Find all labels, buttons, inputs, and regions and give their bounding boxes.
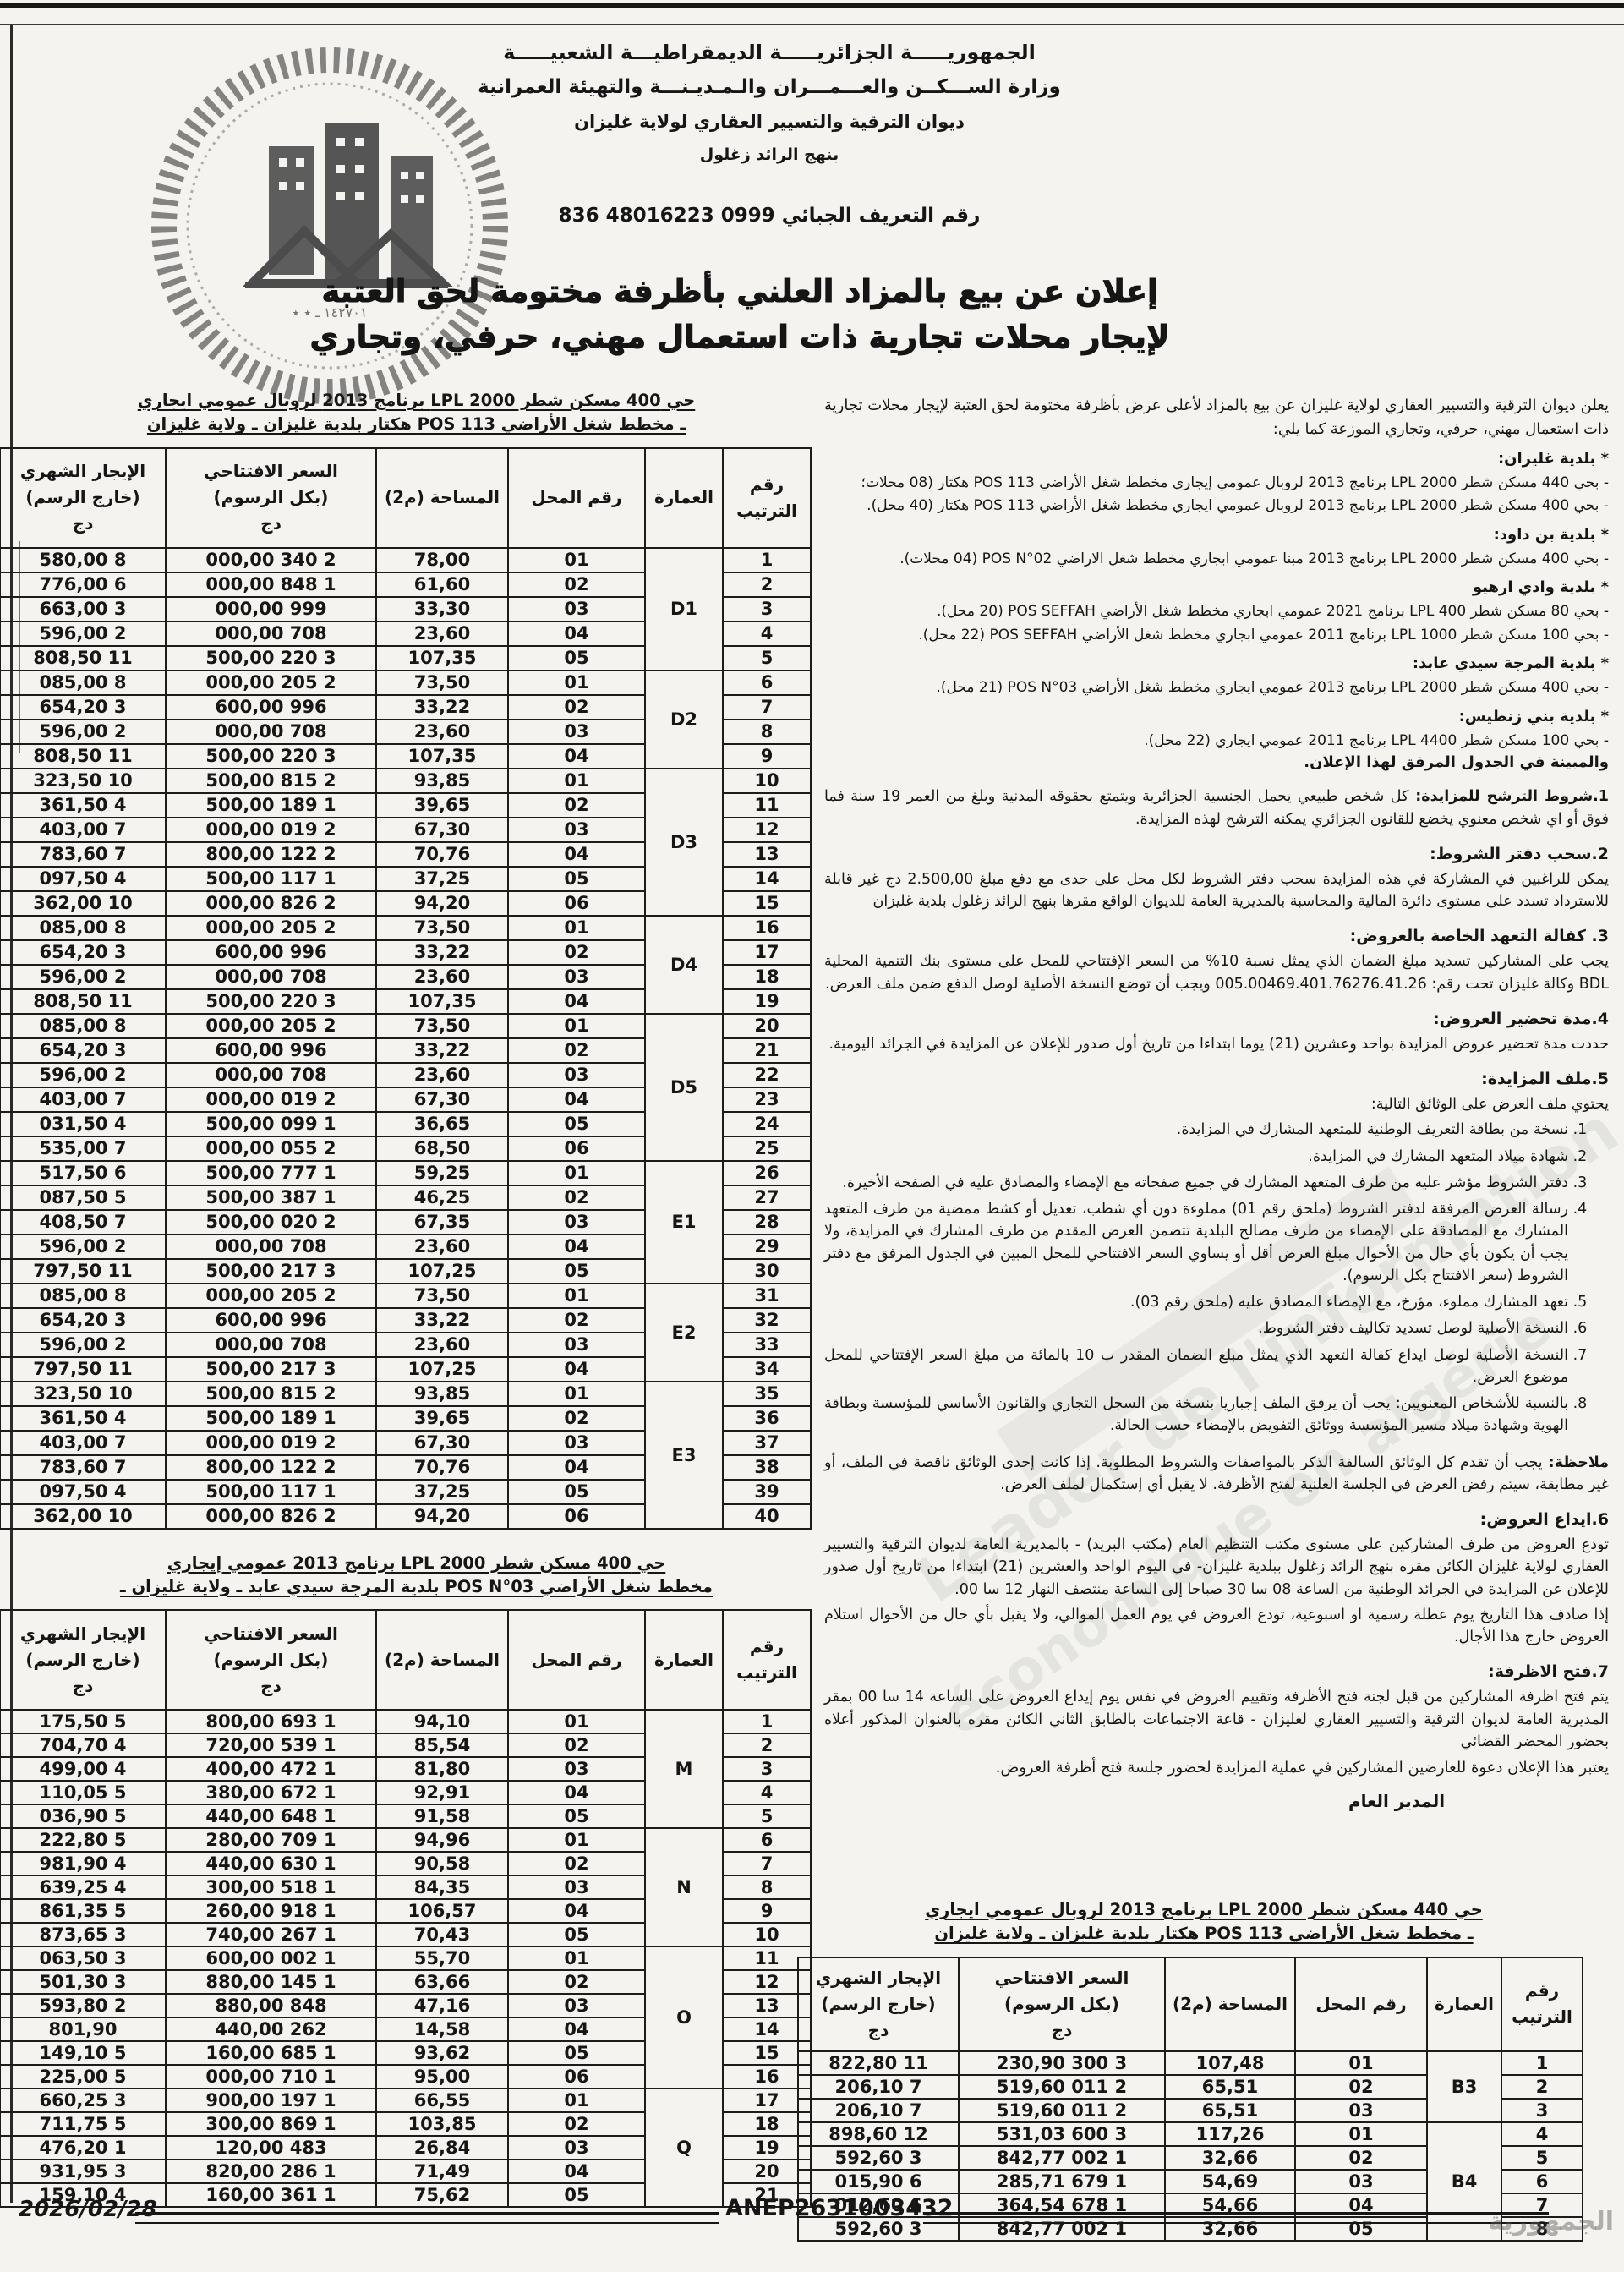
cell-order: 11 [723, 793, 811, 818]
cell-order: 9 [723, 1899, 811, 1923]
cell-shop: 04 [508, 842, 645, 867]
cell-order: 30 [723, 1259, 811, 1284]
table-row: 6D20173,502 205 000,008 085,00 [0, 671, 811, 695]
cell-price: 3 220 500,00 [166, 646, 376, 671]
cell-price: 708 000,00 [166, 1333, 376, 1357]
cell-area: 14,58 [376, 2017, 508, 2041]
footer: 2026/02/28 ANEP2631003432 الجمهورية [0, 2195, 1624, 2246]
col-header-order: رقمالترتيب [723, 1610, 811, 1710]
cell-area: 33,22 [376, 695, 508, 720]
cell-rent: 11 808,50 [0, 989, 166, 1014]
cell-order: 32 [723, 1308, 811, 1333]
table2-heading-line2: مخطط شغل الأراضي POS N°03 بلدية المرجة س… [21, 1575, 812, 1599]
col-header-area: المساحة (م2) [1165, 1957, 1295, 2051]
cell-price: 1 145 880,00 [166, 1970, 376, 1994]
cell-shop: 03 [508, 1994, 645, 2017]
cell-price: 1 693 800,00 [166, 1710, 376, 1733]
section-title: ملاحظة: [1543, 1454, 1609, 1471]
cell-shop: 03 [508, 1431, 645, 1455]
cell-price: 3 220 500,00 [166, 989, 376, 1014]
table-row: 11O0155,701 002 600,003 063,50 [0, 1946, 811, 1970]
footer-rule-right [923, 2212, 1549, 2224]
cell-shop: 03 [1295, 2099, 1427, 2122]
anep-number: ANEP2631003432 [725, 2195, 954, 2221]
cell-order: 16 [723, 916, 811, 940]
cell-area: 66,55 [376, 2089, 508, 2112]
cell-shop: 01 [508, 1828, 645, 1852]
cell-rent: 3 660,25 [0, 2089, 166, 2112]
cell-rent: 2 596,00 [0, 621, 166, 646]
table-header-row: رقمالترتيبالعمارةرقم المحلالمساحة (م2)ال… [798, 1957, 1583, 2051]
col-header-rent: الإيجار الشهري(خارج الرسم)دج [0, 1610, 166, 1710]
section-title: 6.ايداع العروض: [824, 1510, 1609, 1529]
cell-price: 996 600,00 [166, 1308, 376, 1333]
announcement-intro: يعلن ديوان الترقية والتسيير العقاري لولا… [824, 394, 1609, 441]
announcement-title: إعلان عن بيع بالمزاد العلني بأظرفة مختوم… [211, 269, 1268, 359]
municipality-name: * بلدية المرجة سيدي عابد: [824, 654, 1609, 672]
cell-building: D2 [645, 671, 723, 769]
cell-order: 26 [723, 1161, 811, 1185]
gov-header-line: بنهج الرائد زغلول [304, 145, 1234, 164]
cell-price: 2 122 800,00 [166, 1455, 376, 1480]
cell-price: 1 002 600,00 [166, 1946, 376, 1970]
document-item: دفتر الشروط مؤشر عليه من طرف المتعهد الم… [824, 1172, 1568, 1194]
cell-area: 23,60 [376, 720, 508, 744]
section: 1.شروط الترشح للمزايدة: كل شخص طبيعي يحم… [824, 786, 1609, 830]
cell-order: 24 [723, 1112, 811, 1136]
cell-order: 14 [723, 867, 811, 891]
cell-shop: 03 [508, 2136, 645, 2160]
cell-order: 3 [723, 1757, 811, 1781]
section: 5.ملف المزايدة:يحتوي ملف العرض على الوثا… [824, 1070, 1609, 1437]
cell-area: 107,35 [376, 646, 508, 671]
cell-price: 999 000,00 [166, 597, 376, 621]
municipality-item: - بحي 400 مسكن شطر LPL 2000 برنامج 2013 … [824, 549, 1609, 571]
col-header-order: رقمالترتيب [723, 448, 811, 548]
cell-rent: 3 654,20 [0, 940, 166, 965]
cell-shop: 02 [508, 2112, 645, 2136]
cell-shop: 04 [508, 1087, 645, 1112]
cell-price: 3 220 500,00 [166, 744, 376, 769]
cell-rent: 3 654,20 [0, 695, 166, 720]
cell-area: 23,60 [376, 1235, 508, 1259]
cell-shop: 01 [508, 769, 645, 793]
cell-price: 2 011 519,60 [959, 2099, 1165, 2122]
cell-rent: 7 403,00 [0, 1431, 166, 1455]
cell-rent: 3 501,30 [0, 1970, 166, 1994]
cell-area: 94,20 [376, 891, 508, 916]
cell-area: 73,50 [376, 1284, 508, 1308]
col-header-price: السعر الافتتاحي(بكل الرسوم)دج [959, 1957, 1165, 2051]
cell-order: 31 [723, 1284, 811, 1308]
table-header-row: رقمالترتيبالعمارةرقم المحلالمساحة (م2)ال… [0, 448, 811, 548]
table-row: 6N0194,961 709 280,005 222,80 [0, 1828, 811, 1852]
cell-rent: 5 149,10 [0, 2041, 166, 2065]
table3-block: حي 440 مسكن شطر LPL 2000 برنامج 2013 لرو… [824, 1898, 1583, 2242]
cell-price: 3 300 230,90 [959, 2051, 1165, 2075]
cell-price: 2 055 000,00 [166, 1136, 376, 1161]
cell-shop: 02 [508, 1038, 645, 1063]
cell-shop: 05 [508, 1480, 645, 1504]
cell-rent: 11 822,80 [798, 2051, 959, 2075]
col-header-building: العمارة [1427, 1957, 1501, 2051]
cell-rent: 8 085,00 [0, 1284, 166, 1308]
col-header-price: السعر الافتتاحي(بكل الرسوم)دج [166, 1610, 376, 1710]
cell-price: 2 019 000,00 [166, 818, 376, 842]
cell-area: 59,25 [376, 1161, 508, 1185]
cell-rent: 8 085,00 [0, 671, 166, 695]
cell-order: 20 [723, 1014, 811, 1038]
col-header-building: العمارة [645, 1610, 723, 1710]
cell-shop: 04 [508, 2160, 645, 2183]
cell-rent: 5 711,75 [0, 2112, 166, 2136]
cell-price: 1 099 500,00 [166, 1112, 376, 1136]
director-signature: المدير العام [824, 1791, 1609, 1811]
cell-order: 3 [1501, 2099, 1583, 2122]
municipality-item: - بحي 80 مسكن شطر LPL 400 برنامج 2021 عم… [824, 601, 1609, 623]
cell-shop: 01 [508, 671, 645, 695]
cell-area: 39,65 [376, 1406, 508, 1431]
cell-rent: 7 403,00 [0, 818, 166, 842]
cell-price: 2 019 000,00 [166, 1087, 376, 1112]
cell-area: 68,50 [376, 1136, 508, 1161]
cell-order: 19 [723, 989, 811, 1014]
cell-rent: 2 596,00 [0, 1063, 166, 1087]
cell-shop: 04 [508, 1899, 645, 1923]
cell-rent: 6 517,50 [0, 1161, 166, 1185]
cell-area: 92,91 [376, 1781, 508, 1804]
section-title: 3. كفالة التعهد الخاصة بالعروض: [824, 927, 1609, 945]
section-paragraph: تودع العروض من طرف المشاركين على مستوى م… [824, 1534, 1609, 1601]
scanned-auction-announcement: ١٤٢٧٠١ ـ ٭ ٭ الجمهوريـــــة الجزائريــــ… [0, 0, 1624, 2272]
section-title: 2.سحب دفتر الشروط: [824, 845, 1609, 863]
col-header-shop: رقم المحل [508, 1610, 645, 1710]
cell-price: 2 826 000,00 [166, 891, 376, 916]
cell-price: 1 387 500,00 [166, 1185, 376, 1210]
col-header-area: المساحة (م2) [376, 1610, 508, 1710]
cell-building: E1 [645, 1161, 723, 1284]
cell-shop: 01 [508, 2089, 645, 2112]
section-intro: يحتوي ملف العرض على الوثائق التالية: [824, 1093, 1609, 1115]
cell-shop: 01 [508, 916, 645, 940]
cell-price: 1 189 500,00 [166, 793, 376, 818]
cell-price: 3 217 500,00 [166, 1259, 376, 1284]
cell-price: 1 918 260,00 [166, 1899, 376, 1923]
cell-area: 94,10 [376, 1710, 508, 1733]
municipality-name: * بلدية وادي ارهيو [824, 578, 1609, 596]
cell-rent: 4 361,50 [0, 1406, 166, 1431]
cell-area: 93,85 [376, 1382, 508, 1406]
cell-order: 1 [723, 548, 811, 572]
cell-shop: 03 [508, 720, 645, 744]
cell-area: 81,80 [376, 1757, 508, 1781]
cell-order: 6 [723, 1828, 811, 1852]
table3-heading-line1: حي 440 مسكن شطر LPL 2000 برنامج 2013 لرو… [824, 1898, 1583, 1922]
cell-area: 33,22 [376, 1038, 508, 1063]
cell-price: 708 000,00 [166, 720, 376, 744]
col-header-price: السعر الافتتاحي(بكل الرسوم)دج [166, 448, 376, 548]
cell-price: 2 019 000,00 [166, 1431, 376, 1455]
cell-price: 848 880,00 [166, 1994, 376, 2017]
cell-shop: 01 [508, 548, 645, 572]
cell-price: 1 685 160,00 [166, 2041, 376, 2065]
table-row: 1D10178,002 340 000,008 580,00 [0, 548, 811, 572]
table3-heading: حي 440 مسكن شطر LPL 2000 برنامج 2013 لرو… [824, 1898, 1583, 1946]
table2-heading: حي 400 مسكن شطر LPL 2000 برنامج 2013 عمو… [21, 1552, 812, 1600]
cell-rent: 4 639,25 [0, 1875, 166, 1899]
municipality-item: - بحي 440 مسكن شطر LPL 2000 برنامج 2013 … [824, 473, 1609, 495]
cell-order: 2 [723, 572, 811, 597]
cell-price: 708 000,00 [166, 1235, 376, 1259]
cell-price: 1 518 300,00 [166, 1875, 376, 1899]
cell-shop: 06 [508, 1504, 645, 1529]
section-paragraph: يجب على المشاركين تسديد مبلغ الضمان الذي… [824, 950, 1609, 995]
cell-shop: 01 [1295, 2051, 1427, 2075]
cell-building: D1 [645, 548, 723, 671]
auction-table-pos113-400: رقمالترتيبالعمارةرقم المحلالمساحة (م2)ال… [0, 447, 812, 1530]
cell-order: 35 [723, 1382, 811, 1406]
cell-rent: 12 898,60 [798, 2122, 959, 2146]
cell-rent: 2 596,00 [0, 1333, 166, 1357]
cell-area: 47,16 [376, 1994, 508, 2017]
cell-order: 1 [723, 1710, 811, 1733]
cell-rent: 5 225,00 [0, 2065, 166, 2089]
cell-area: 107,35 [376, 989, 508, 1014]
section: 6.ايداع العروض:تودع العروض من طرف المشار… [824, 1510, 1609, 1648]
municipality-name: * بلدية غليزان: [824, 450, 1609, 468]
cell-rent: 8 085,00 [0, 1014, 166, 1038]
cell-price: 1 189 500,00 [166, 1406, 376, 1431]
cell-order: 39 [723, 1480, 811, 1504]
cell-area: 107,25 [376, 1357, 508, 1382]
cell-area: 23,60 [376, 1063, 508, 1087]
cell-area: 33,22 [376, 1308, 508, 1333]
col-header-shop: رقم المحل [1295, 1957, 1427, 2051]
cell-area: 117,26 [1165, 2122, 1295, 2146]
cell-price: 1 777 500,00 [166, 1161, 376, 1185]
cell-area: 71,49 [376, 2160, 508, 2183]
cell-rent: 7 403,00 [0, 1087, 166, 1112]
cell-order: 5 [723, 646, 811, 671]
cell-price: 3 217 500,00 [166, 1357, 376, 1382]
cell-rent: 7 206,10 [798, 2075, 959, 2099]
cell-area: 78,00 [376, 548, 508, 572]
cell-shop: 04 [508, 744, 645, 769]
cell-shop: 01 [508, 1946, 645, 1970]
announcement-body: يعلن ديوان الترقية والتسيير العقاري لولا… [824, 394, 1609, 1811]
cell-price: 1 679 285,71 [959, 2170, 1165, 2193]
cell-area: 67,30 [376, 1431, 508, 1455]
cell-price: 1 472 400,00 [166, 1757, 376, 1781]
cell-area: 65,51 [1165, 2099, 1295, 2122]
cell-rent: 4 981,90 [0, 1852, 166, 1875]
cell-order: 40 [723, 1504, 811, 1529]
cell-shop: 03 [1295, 2170, 1427, 2193]
municipality-name: * بلدية بن داود: [824, 526, 1609, 544]
invitation-line: يعتبر هذا الإعلان دعوة للعارضين المشاركي… [824, 1756, 1609, 1779]
cell-price: 1 286 820,00 [166, 2160, 376, 2183]
cell-rent: 3 063,50 [0, 1946, 166, 1970]
cell-area: 32,66 [1165, 2146, 1295, 2170]
table-header-row: رقمالترتيبالعمارةرقم المحلالمساحة (م2)ال… [0, 1610, 811, 1710]
cell-price: 708 000,00 [166, 621, 376, 646]
table2-heading-line1: حي 400 مسكن شطر LPL 2000 برنامج 2013 عمو… [21, 1552, 812, 1575]
cell-shop: 04 [508, 989, 645, 1014]
cell-rent: 2 593,80 [0, 1994, 166, 2017]
top-border-line-thin [0, 24, 1624, 25]
cell-rent: 3 931,95 [0, 2160, 166, 2183]
cell-shop: 02 [508, 1406, 645, 1431]
table-row: 1B301107,483 300 230,9011 822,80 [798, 2051, 1583, 2075]
cell-shop: 05 [508, 1112, 645, 1136]
cell-area: 95,00 [376, 2065, 508, 2089]
cell-area: 91,58 [376, 1804, 508, 1828]
cell-order: 18 [723, 965, 811, 989]
section-paragraph: يمكن للراغبين في المشاركة في هذه المزايد… [824, 868, 1609, 913]
cell-shop: 04 [508, 1781, 645, 1804]
cell-rent: 7 783,60 [0, 842, 166, 867]
table1-heading: حي 400 مسكن شطر LPL 2000 برنامج 2013 لرو… [21, 389, 812, 437]
municipality-item: - بحي 100 مسكن شطر LPL 4400 برنامج 2011 … [824, 731, 1609, 753]
cell-shop: 05 [508, 1259, 645, 1284]
cell-rent: 7 783,60 [0, 1455, 166, 1480]
cell-area: 23,60 [376, 621, 508, 646]
table3-heading-line2: ـ مخطط شغل الأراضي POS 113 هكتار بلدية غ… [824, 1922, 1583, 1946]
cell-rent: 5 222,80 [0, 1828, 166, 1852]
cell-shop: 03 [508, 818, 645, 842]
cell-order: 37 [723, 1431, 811, 1455]
cell-order: 10 [723, 769, 811, 793]
cell-shop: 05 [508, 1804, 645, 1828]
cell-shop: 05 [508, 646, 645, 671]
table1-heading-line1: حي 400 مسكن شطر LPL 2000 برنامج 2013 لرو… [21, 389, 812, 413]
cell-building: E2 [645, 1284, 723, 1382]
cell-rent: 801,90 [0, 2017, 166, 2041]
document-item: رسالة العرض المرفقة لدفتر الشروط (ملحق ر… [824, 1198, 1568, 1287]
cell-area: 67,35 [376, 1210, 508, 1235]
cell-shop: 02 [508, 793, 645, 818]
table-row: 4B401117,263 600 531,0312 898,60 [798, 2122, 1583, 2146]
section-title: 4.مدة تحضير العروض: [824, 1010, 1609, 1028]
cell-area: 65,51 [1165, 2075, 1295, 2099]
cell-area: 46,25 [376, 1185, 508, 1210]
cell-rent: 7 535,00 [0, 1136, 166, 1161]
cell-rent: 7 408,50 [0, 1210, 166, 1235]
cell-rent: 3 654,20 [0, 1308, 166, 1333]
cell-price: 2 815 500,00 [166, 1382, 376, 1406]
cell-shop: 02 [508, 695, 645, 720]
newspaper-masthead: الجمهورية [1488, 2207, 1614, 2236]
cell-shop: 03 [508, 1757, 645, 1781]
cell-area: 36,65 [376, 1112, 508, 1136]
section: 4.مدة تحضير العروض:حددت مدة تحضير عروض ا… [824, 1010, 1609, 1055]
gov-header-line: وزارة الســـكــن والعـــمـــران والـمـدي… [304, 76, 1234, 98]
cell-price: 996 600,00 [166, 940, 376, 965]
col-header-shop: رقم المحل [508, 448, 645, 548]
cell-area: 61,60 [376, 572, 508, 597]
cell-order: 23 [723, 1087, 811, 1112]
cell-area: 90,58 [376, 1852, 508, 1875]
table-row: 1M0194,101 693 800,005 175,50 [0, 1710, 811, 1733]
cell-building: E3 [645, 1382, 723, 1529]
cell-price: 2 020 500,00 [166, 1210, 376, 1235]
cell-order: 8 [723, 1875, 811, 1899]
section-title: 7.فتح الاظرفة: [824, 1662, 1609, 1681]
cell-area: 23,60 [376, 965, 508, 989]
cell-price: 1 267 740,00 [166, 1923, 376, 1946]
cell-area: 37,25 [376, 867, 508, 891]
cell-area: 37,25 [376, 1480, 508, 1504]
cell-building: B3 [1427, 2051, 1501, 2122]
cell-area: 33,22 [376, 940, 508, 965]
municipality-list: * بلدية غليزان:- بحي 440 مسكن شطر LPL 20… [824, 450, 1609, 753]
cell-area: 94,20 [376, 1504, 508, 1529]
section-paragraph: يتم فتح اظرفة المشاركين من قبل لجنة فتح … [824, 1686, 1609, 1753]
cell-price: 2 815 500,00 [166, 769, 376, 793]
table1-heading-line2: ـ مخطط شغل الأراضي POS 113 هكتار بلدية غ… [21, 413, 812, 436]
cell-shop: 02 [508, 1970, 645, 1994]
cell-area: 106,57 [376, 1899, 508, 1923]
col-header-area: المساحة (م2) [376, 448, 508, 548]
cell-price: 996 600,00 [166, 695, 376, 720]
cell-rent: 5 110,05 [0, 1781, 166, 1804]
cell-order: 22 [723, 1063, 811, 1087]
cell-price: 1 709 280,00 [166, 1828, 376, 1852]
table-row: 16D40173,502 205 000,008 085,00 [0, 916, 811, 940]
cell-area: 84,35 [376, 1875, 508, 1899]
section: 3. كفالة التعهد الخاصة بالعروض:يجب على ا… [824, 927, 1609, 995]
cell-rent: 8 580,00 [0, 548, 166, 572]
cell-price: 1 539 720,00 [166, 1733, 376, 1757]
col-header-rent: الإيجار الشهري(خارج الرسم)دج [798, 1957, 959, 2051]
cell-shop: 05 [508, 867, 645, 891]
cell-order: 29 [723, 1235, 811, 1259]
tables-column: حي 400 مسكن شطر LPL 2000 برنامج 2013 لرو… [21, 389, 812, 2208]
cell-order: 8 [723, 720, 811, 744]
cell-price: 1 869 300,00 [166, 2112, 376, 2136]
cell-rent: 10 362,00 [0, 1504, 166, 1529]
cell-area: 103,85 [376, 2112, 508, 2136]
cell-rent: 8 085,00 [0, 916, 166, 940]
cell-shop: 02 [508, 940, 645, 965]
title-line-1: إعلان عن بيع بالمزاد العلني بأظرفة مختوم… [211, 269, 1268, 315]
cell-order: 15 [723, 891, 811, 916]
cell-price: 1 197 900,00 [166, 2089, 376, 2112]
cell-shop: 03 [508, 1333, 645, 1357]
cell-order: 7 [723, 1852, 811, 1875]
cell-rent: 4 097,50 [0, 1480, 166, 1504]
cell-rent: 4 704,70 [0, 1733, 166, 1757]
cell-rent: 10 362,00 [0, 891, 166, 916]
cell-order: 9 [723, 744, 811, 769]
cell-shop: 01 [508, 1284, 645, 1308]
cell-shop: 06 [508, 2065, 645, 2089]
cell-shop: 02 [1295, 2146, 1427, 2170]
cell-order: 1 [1501, 2051, 1583, 2075]
col-header-rent: الإيجار الشهري(خارج الرسم)دج [0, 448, 166, 548]
cell-rent: 10 323,50 [0, 769, 166, 793]
cell-shop: 02 [1295, 2075, 1427, 2099]
cell-rent: 2 596,00 [0, 1235, 166, 1259]
cell-order: 36 [723, 1406, 811, 1431]
cell-order: 6 [723, 671, 811, 695]
cell-rent: 11 797,50 [0, 1259, 166, 1284]
cell-rent: 2 596,00 [0, 965, 166, 989]
cell-building: D5 [645, 1014, 723, 1161]
cell-rent: 7 206,10 [798, 2099, 959, 2122]
section-paragraph: إذا صادف هذا التاريخ يوم عطلة رسمية او ا… [824, 1604, 1609, 1649]
footer-rule-left [135, 2212, 719, 2224]
